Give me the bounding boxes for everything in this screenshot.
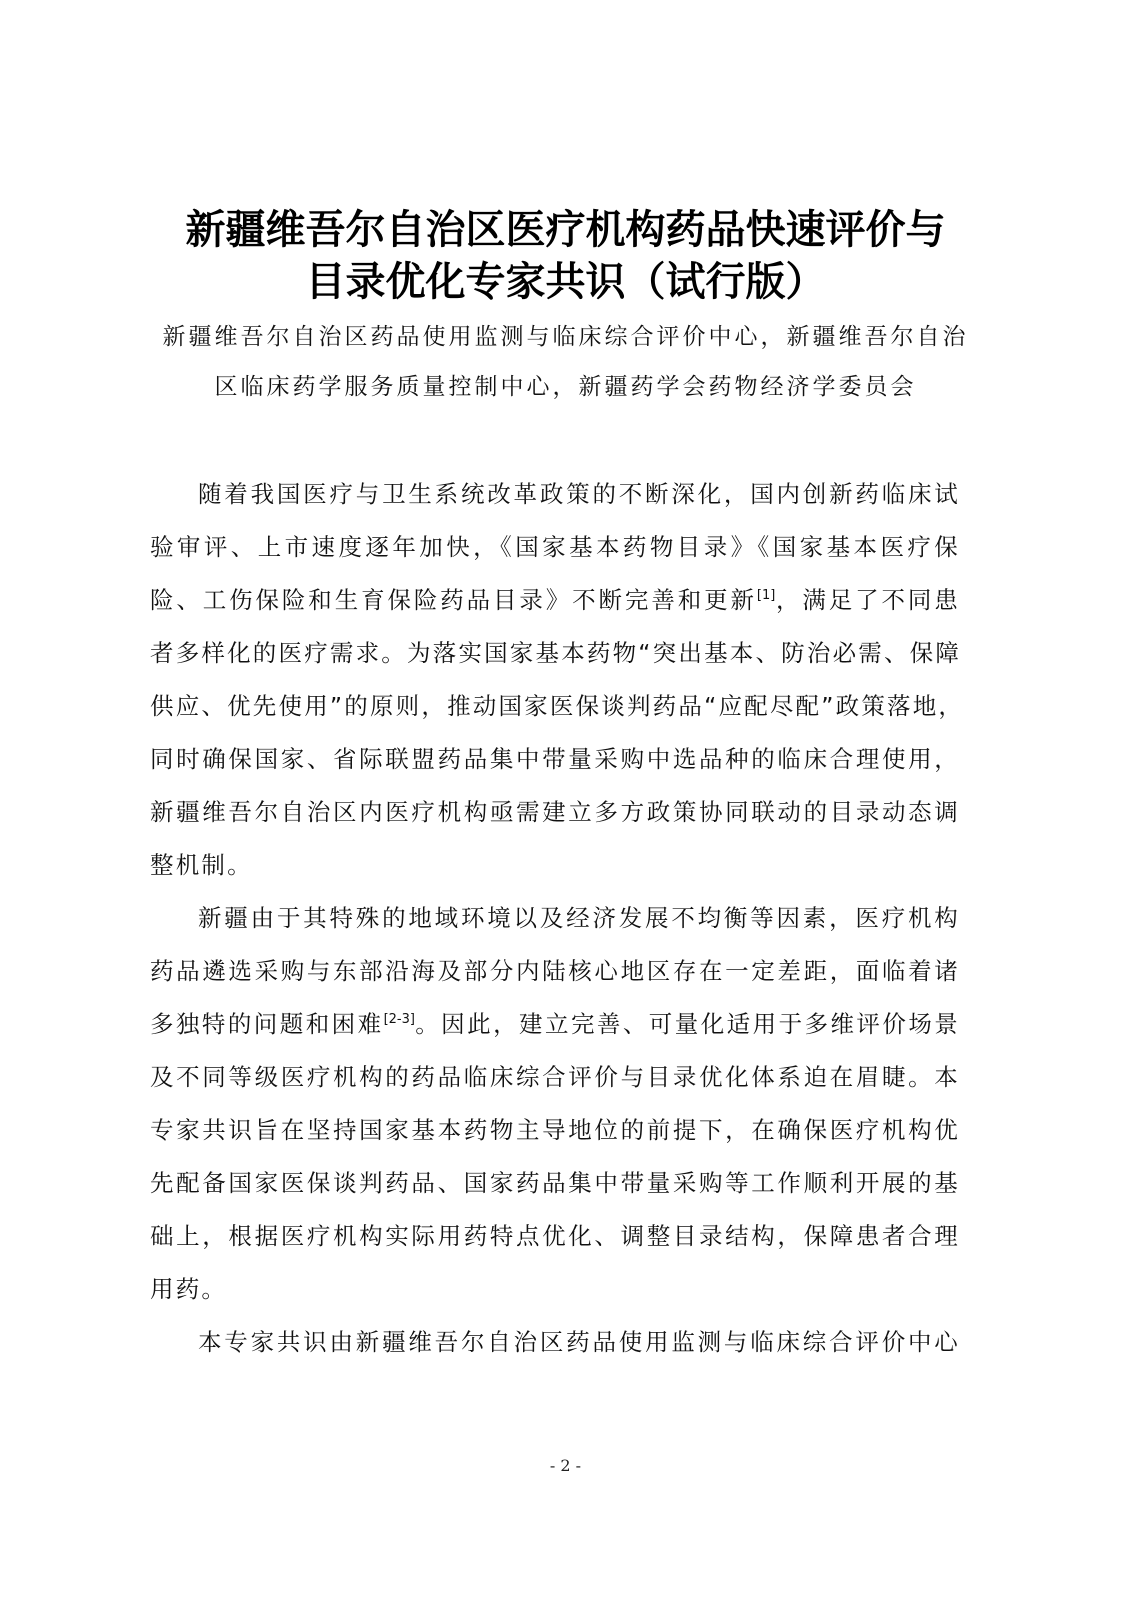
document-title-line-2: 目录优化专家共识（试行版） <box>0 250 1131 307</box>
text-run: 多独特的问题和困难 <box>150 1010 384 1038</box>
paragraph-2-line-8: 用药。 <box>150 1270 960 1304</box>
text-run: 险、工伤保险和生育保险药品目录》不断完善和更新 <box>150 586 757 614</box>
paragraph-1-line-8: 整机制。 <box>150 846 960 880</box>
paragraph-1-line-5: 供应、优先使用”的原则，推动国家医保谈判药品“应配尽配”政策落地， <box>150 687 960 721</box>
paragraph-1-line-6: 同时确保国家、省际联盟药品集中带量采购中选品种的临床合理使用， <box>150 740 960 774</box>
paragraph-1-line-7: 新疆维吾尔自治区内医疗机构亟需建立多方政策协同联动的目录动态调 <box>150 793 960 827</box>
paragraph-2-line-1: 新疆由于其特殊的地域环境以及经济发展不均衡等因素，医疗机构 <box>198 899 960 933</box>
paragraph-2-line-6: 先配备国家医保谈判药品、国家药品集中带量采购等工作顺利开展的基 <box>150 1164 960 1198</box>
paragraph-2-line-3: 多独特的问题和困难[2-3]。因此，建立完善、可量化适用于多维评价场景 <box>150 1005 960 1039</box>
paragraph-1-line-2: 验审评、上市速度逐年加快，《国家基本药物目录》《国家基本医疗保 <box>150 528 960 562</box>
text-run: 。因此，建立完善、可量化适用于多维评价场景 <box>415 1010 960 1038</box>
paragraph-2-line-5: 专家共识旨在坚持国家基本药物主导地位的前提下，在确保医疗机构优 <box>150 1111 960 1145</box>
paragraph-3-line-1: 本专家共识由新疆维吾尔自治区药品使用监测与临床综合评价中心 <box>198 1323 960 1357</box>
citation-ref: [2-3] <box>384 1012 415 1027</box>
paragraph-1-line-4: 者多样化的医疗需求。为落实国家基本药物“突出基本、防治必需、保障 <box>150 634 960 668</box>
paragraph-2-line-7: 础上，根据医疗机构实际用药特点优化、调整目录结构，保障患者合理 <box>150 1217 960 1251</box>
paragraph-2-line-2: 药品遴选采购与东部沿海及部分内陆核心地区存在一定差距，面临着诸 <box>150 952 960 986</box>
citation-ref: [1] <box>757 588 775 603</box>
document-page: 新疆维吾尔自治区医疗机构药品快速评价与 目录优化专家共识（试行版） 新疆维吾尔自… <box>0 0 1131 1600</box>
text-run: ，满足了不同患 <box>775 586 960 614</box>
paragraph-2-line-4: 及不同等级医疗机构的药品临床综合评价与目录优化体系迫在眉睫。本 <box>150 1058 960 1092</box>
paragraph-1-line-3: 险、工伤保险和生育保险药品目录》不断完善和更新[1]，满足了不同患 <box>150 581 960 615</box>
authors-line-1: 新疆维吾尔自治区药品使用监测与临床综合评价中心，新疆维吾尔自治 <box>0 318 1131 351</box>
authors-line-2: 区临床药学服务质量控制中心，新疆药学会药物经济学委员会 <box>0 368 1131 401</box>
paragraph-1-line-1: 随着我国医疗与卫生系统改革政策的不断深化，国内创新药临床试 <box>198 475 960 509</box>
document-title-line-1: 新疆维吾尔自治区医疗机构药品快速评价与 <box>0 198 1131 255</box>
page-number: - 2 - <box>0 1456 1131 1475</box>
